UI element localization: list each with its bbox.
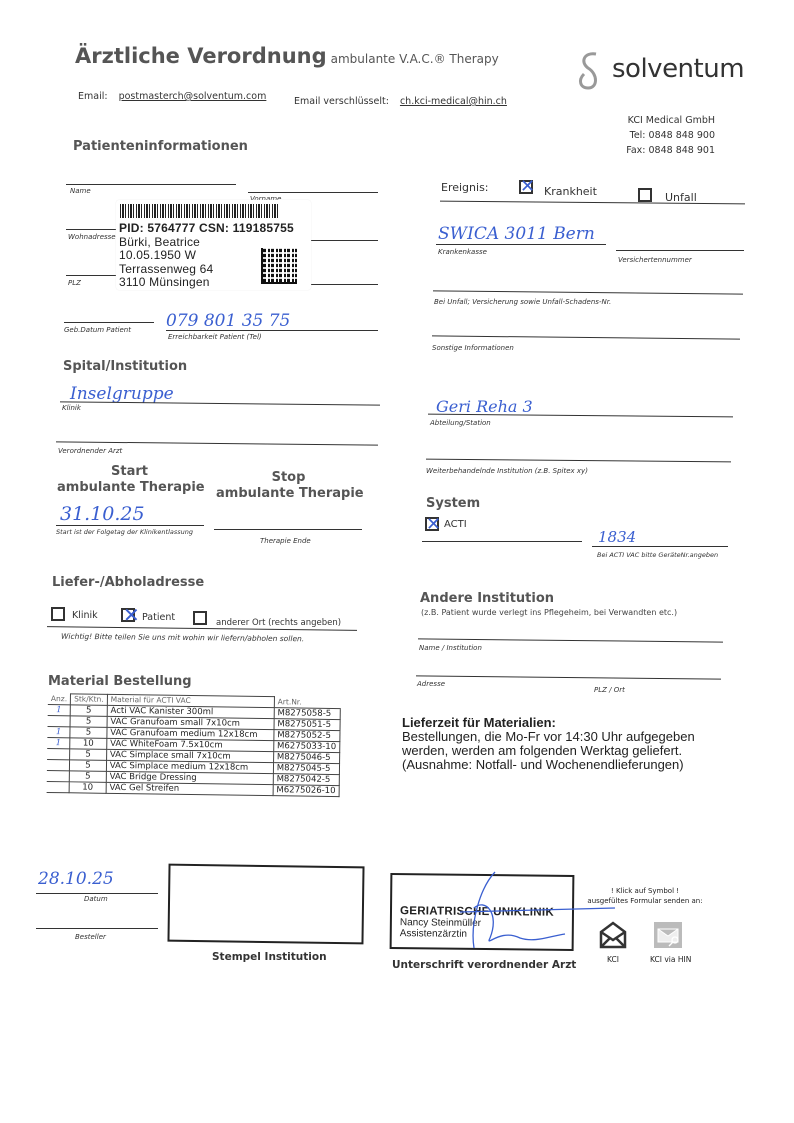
device-number-note: Bei ACTI VAC bitte GeräteNr.angeben <box>597 551 718 559</box>
send-hin-label: KCI via HIN <box>650 955 691 964</box>
material-artnr-cell: M6275026-10 <box>273 785 339 797</box>
geb-datum-line <box>64 322 154 323</box>
material-quantity-cell[interactable]: 1 <box>47 726 70 737</box>
device-number-line <box>592 546 728 547</box>
stop-title-line1: Stop <box>216 470 361 486</box>
klinik-option-label: Klinik <box>72 610 98 621</box>
lieferzeit-line1: Bestellungen, die Mo-Fr vor 14:30 Uhr au… <box>402 730 695 744</box>
krankheit-label: Krankheit <box>544 185 597 198</box>
check-x-icon: ✕ <box>426 516 441 534</box>
material-pack-size-cell: 5 <box>70 716 107 728</box>
start-title-line2: ambulante Therapie <box>57 480 202 496</box>
other-institution-hint: (z.B. Patient wurde verlegt ins Pflegehe… <box>421 608 677 617</box>
institution-section-title: Spital/Institution <box>63 359 187 374</box>
check-x-icon: ✕ <box>123 605 140 625</box>
send-hint-line2: ausgefültes Formular senden an: <box>585 896 705 906</box>
device-number-value[interactable]: 1834 <box>598 528 636 546</box>
date-line <box>36 893 158 894</box>
besteller-line <box>36 928 158 929</box>
other-name-line <box>418 638 723 642</box>
arzt-line <box>56 441 378 445</box>
title-main: Ärztliche Verordnung <box>75 44 327 68</box>
col-artnr: Art.Nr. <box>274 697 340 709</box>
unfall-versicherung-label: Bei Unfall; Versicherung sowie Unfall-Sc… <box>434 298 611 306</box>
plz-line <box>66 275 121 276</box>
besteller-label: Besteller <box>75 933 106 941</box>
acti-label: ACTI <box>444 519 467 530</box>
date-label: Datum <box>84 895 108 903</box>
other-address-line <box>416 675 721 679</box>
stop-title-line2: ambulante Therapie <box>216 486 361 502</box>
sticker-ids: PID: 5764777 CSN: 119185755 <box>119 222 294 236</box>
company-info: KCI Medical GmbH Tel: 0848 848 900 Fax: … <box>615 113 715 158</box>
material-artnr-cell: M8275058-5 <box>274 708 340 720</box>
material-quantity-cell[interactable] <box>48 715 71 726</box>
krankenkasse-value[interactable]: SWICA 3011 Bern <box>438 224 595 244</box>
material-table: Anz. Stk/Ktn. Material für ACTI VAC Art.… <box>47 693 341 797</box>
material-quantity-cell[interactable] <box>47 781 70 792</box>
krankenkasse-line <box>436 244 606 245</box>
system-line <box>422 541 582 542</box>
material-artnr-cell: M8275051-5 <box>274 719 340 731</box>
other-address-label: Adresse <box>417 680 445 688</box>
material-pack-size-cell: 5 <box>70 727 107 739</box>
weiter-line <box>426 459 731 463</box>
check-x-icon: ✕ <box>520 178 535 196</box>
email-encrypted-link[interactable]: ch.kci-medical@hin.ch <box>400 96 507 107</box>
material-pack-size-cell: 5 <box>70 749 107 761</box>
patient-phone-value[interactable]: 079 801 35 75 <box>166 311 290 331</box>
email-label: Email: <box>78 91 108 102</box>
ereignis-line <box>440 201 745 205</box>
material-artnr-cell: M8275042-5 <box>273 774 339 786</box>
versichertennummer-line <box>616 250 744 251</box>
erreichbarkeit-line <box>166 330 378 331</box>
geb-datum-label: Geb.Datum Patient <box>64 326 131 334</box>
start-title-line1: Start <box>57 464 202 480</box>
material-pack-size-cell: 10 <box>70 738 107 750</box>
send-kci-envelope-icon[interactable] <box>598 920 628 950</box>
plz-line-right <box>305 284 378 285</box>
lieferzeit-line3: (Ausnahme: Notfall- und Wochenendlieferu… <box>402 758 695 772</box>
solventum-logo-icon <box>576 50 604 92</box>
logo-text: solventum <box>612 54 744 84</box>
start-date-note: Start ist der Folgetag der Klinikentlass… <box>56 528 193 536</box>
patient-label-sticker: PID: 5764777 CSN: 119185755 Bürki, Beatr… <box>116 200 311 290</box>
email-encrypted-row: Email verschlüsselt: ch.kci-medical@hin.… <box>294 96 507 107</box>
company-tel: Tel: 0848 848 900 <box>615 128 715 143</box>
unfall-versicherung-line <box>433 290 743 294</box>
sonstige-line <box>432 335 740 339</box>
email-row: Email: postmasterch@solventum.com <box>78 91 266 102</box>
name-line <box>66 184 236 185</box>
email-encrypted-label: Email verschlüsselt: <box>294 96 389 107</box>
lieferzeit-title: Lieferzeit für Materialien: <box>402 716 695 730</box>
other-plz-ort-label: PLZ / Ort <box>594 686 625 694</box>
material-quantity-cell[interactable]: 1 <box>47 737 70 748</box>
send-kci-label: KCI <box>607 955 619 964</box>
col-anz: Anz. <box>48 693 71 704</box>
material-artnr-cell: M8275052-5 <box>274 730 340 742</box>
stamp-label: Stempel Institution <box>212 951 327 963</box>
delivery-note: Wichtig! Bitte teilen Sie uns mit wohin … <box>61 632 304 644</box>
abteilung-label: Abteilung/Station <box>430 419 491 427</box>
material-artnr-cell: M8275046-5 <box>273 752 339 764</box>
stop-date-note: Therapie Ende <box>260 537 311 545</box>
material-section-title: Material Bestellung <box>48 674 192 689</box>
anderer-ort-option-label: anderer Ort (rechts angeben) <box>216 618 341 628</box>
material-quantity-cell[interactable] <box>47 770 70 781</box>
email-link[interactable]: postmasterch@solventum.com <box>119 91 267 102</box>
delivery-section-title: Liefer-/Abholadresse <box>52 575 204 590</box>
patient-section-title: Patienteninformationen <box>73 139 248 154</box>
wohnadresse-label: Wohnadresse <box>68 233 116 241</box>
company-fax: Fax: 0848 848 901 <box>615 143 715 158</box>
start-date-line <box>56 525 204 526</box>
plz-label: PLZ <box>68 279 81 287</box>
order-date-value[interactable]: 28.10.25 <box>38 869 114 889</box>
other-name-label: Name / Institution <box>419 644 482 652</box>
material-name-cell: VAC Gel Streifen <box>106 782 273 795</box>
checkbox-unfall[interactable] <box>638 188 652 202</box>
material-pack-size-cell: 10 <box>69 782 106 794</box>
system-section-title: System <box>426 496 480 511</box>
versichertennummer-label: Versichertennummer <box>618 256 692 264</box>
send-hint: ! Klick auf Symbol ! ausgefültes Formula… <box>585 886 705 906</box>
wohnadresse-line <box>66 229 121 230</box>
material-artnr-cell: M8275045-5 <box>273 763 339 775</box>
ereignis-label: Ereignis: <box>441 181 489 194</box>
sonstige-label: Sonstige Informationen <box>432 344 514 352</box>
start-date-value[interactable]: 31.10.25 <box>60 503 145 525</box>
material-pack-size-cell: 5 <box>69 771 106 783</box>
stop-therapy-title: Stop ambulante Therapie <box>216 470 361 502</box>
checkbox-krankheit[interactable]: ✕ <box>519 180 533 194</box>
weiter-label: Weiterbehandelnde Institution (z.B. Spit… <box>426 467 588 475</box>
col-stk: Stk/Ktn. <box>71 694 108 706</box>
form-title: Ärztliche Verordnungambulante V.A.C.® Th… <box>75 44 499 68</box>
sticker-patient-name: Bürki, Beatrice <box>119 236 294 250</box>
checkbox-acti[interactable]: ✕ <box>425 517 439 531</box>
datamatrix-icon <box>261 248 297 284</box>
signature-label: Unterschrift verordnender Arzt <box>392 959 576 971</box>
start-therapy-title: Start ambulante Therapie <box>57 464 202 496</box>
material-pack-size-cell: 5 <box>70 705 107 717</box>
checkbox-anderer-ort[interactable] <box>193 611 207 625</box>
name-label: Name <box>70 187 91 195</box>
klinik-label: Klinik <box>62 404 81 412</box>
material-pack-size-cell: 5 <box>70 760 107 772</box>
material-quantity-cell[interactable]: 1 <box>48 704 71 715</box>
patient-option-label: Patient <box>142 612 175 623</box>
arzt-label: Verordnender Arzt <box>58 447 122 455</box>
stamp-box[interactable] <box>167 864 364 945</box>
company-name: KCI Medical GmbH <box>615 113 715 128</box>
lieferzeit-info: Lieferzeit für Materialien: Bestellungen… <box>402 716 695 772</box>
title-subtitle: ambulante V.A.C.® Therapy <box>331 52 499 66</box>
material-quantity-cell[interactable] <box>47 759 70 770</box>
checkbox-patient[interactable]: ✕ <box>121 608 135 622</box>
lieferzeit-line2: werden, werden am folgenden Werktag geli… <box>402 744 695 758</box>
checkbox-klinik[interactable] <box>51 607 65 621</box>
send-hint-line1: ! Klick auf Symbol ! <box>585 886 705 896</box>
other-institution-title: Andere Institution <box>420 591 554 606</box>
barcode-icon <box>120 204 280 218</box>
erreichbarkeit-label: Erreichbarkeit Patient (Tel) <box>168 333 262 341</box>
material-artnr-cell: M6275033-10 <box>273 741 339 753</box>
vorname-line <box>248 192 378 193</box>
wohnadresse-line-right <box>305 240 378 241</box>
stop-date-line <box>214 529 362 530</box>
material-quantity-cell[interactable] <box>47 748 70 759</box>
send-hin-secure-mail-icon[interactable] <box>653 920 683 950</box>
krankenkasse-label: Krankenkasse <box>438 248 487 256</box>
